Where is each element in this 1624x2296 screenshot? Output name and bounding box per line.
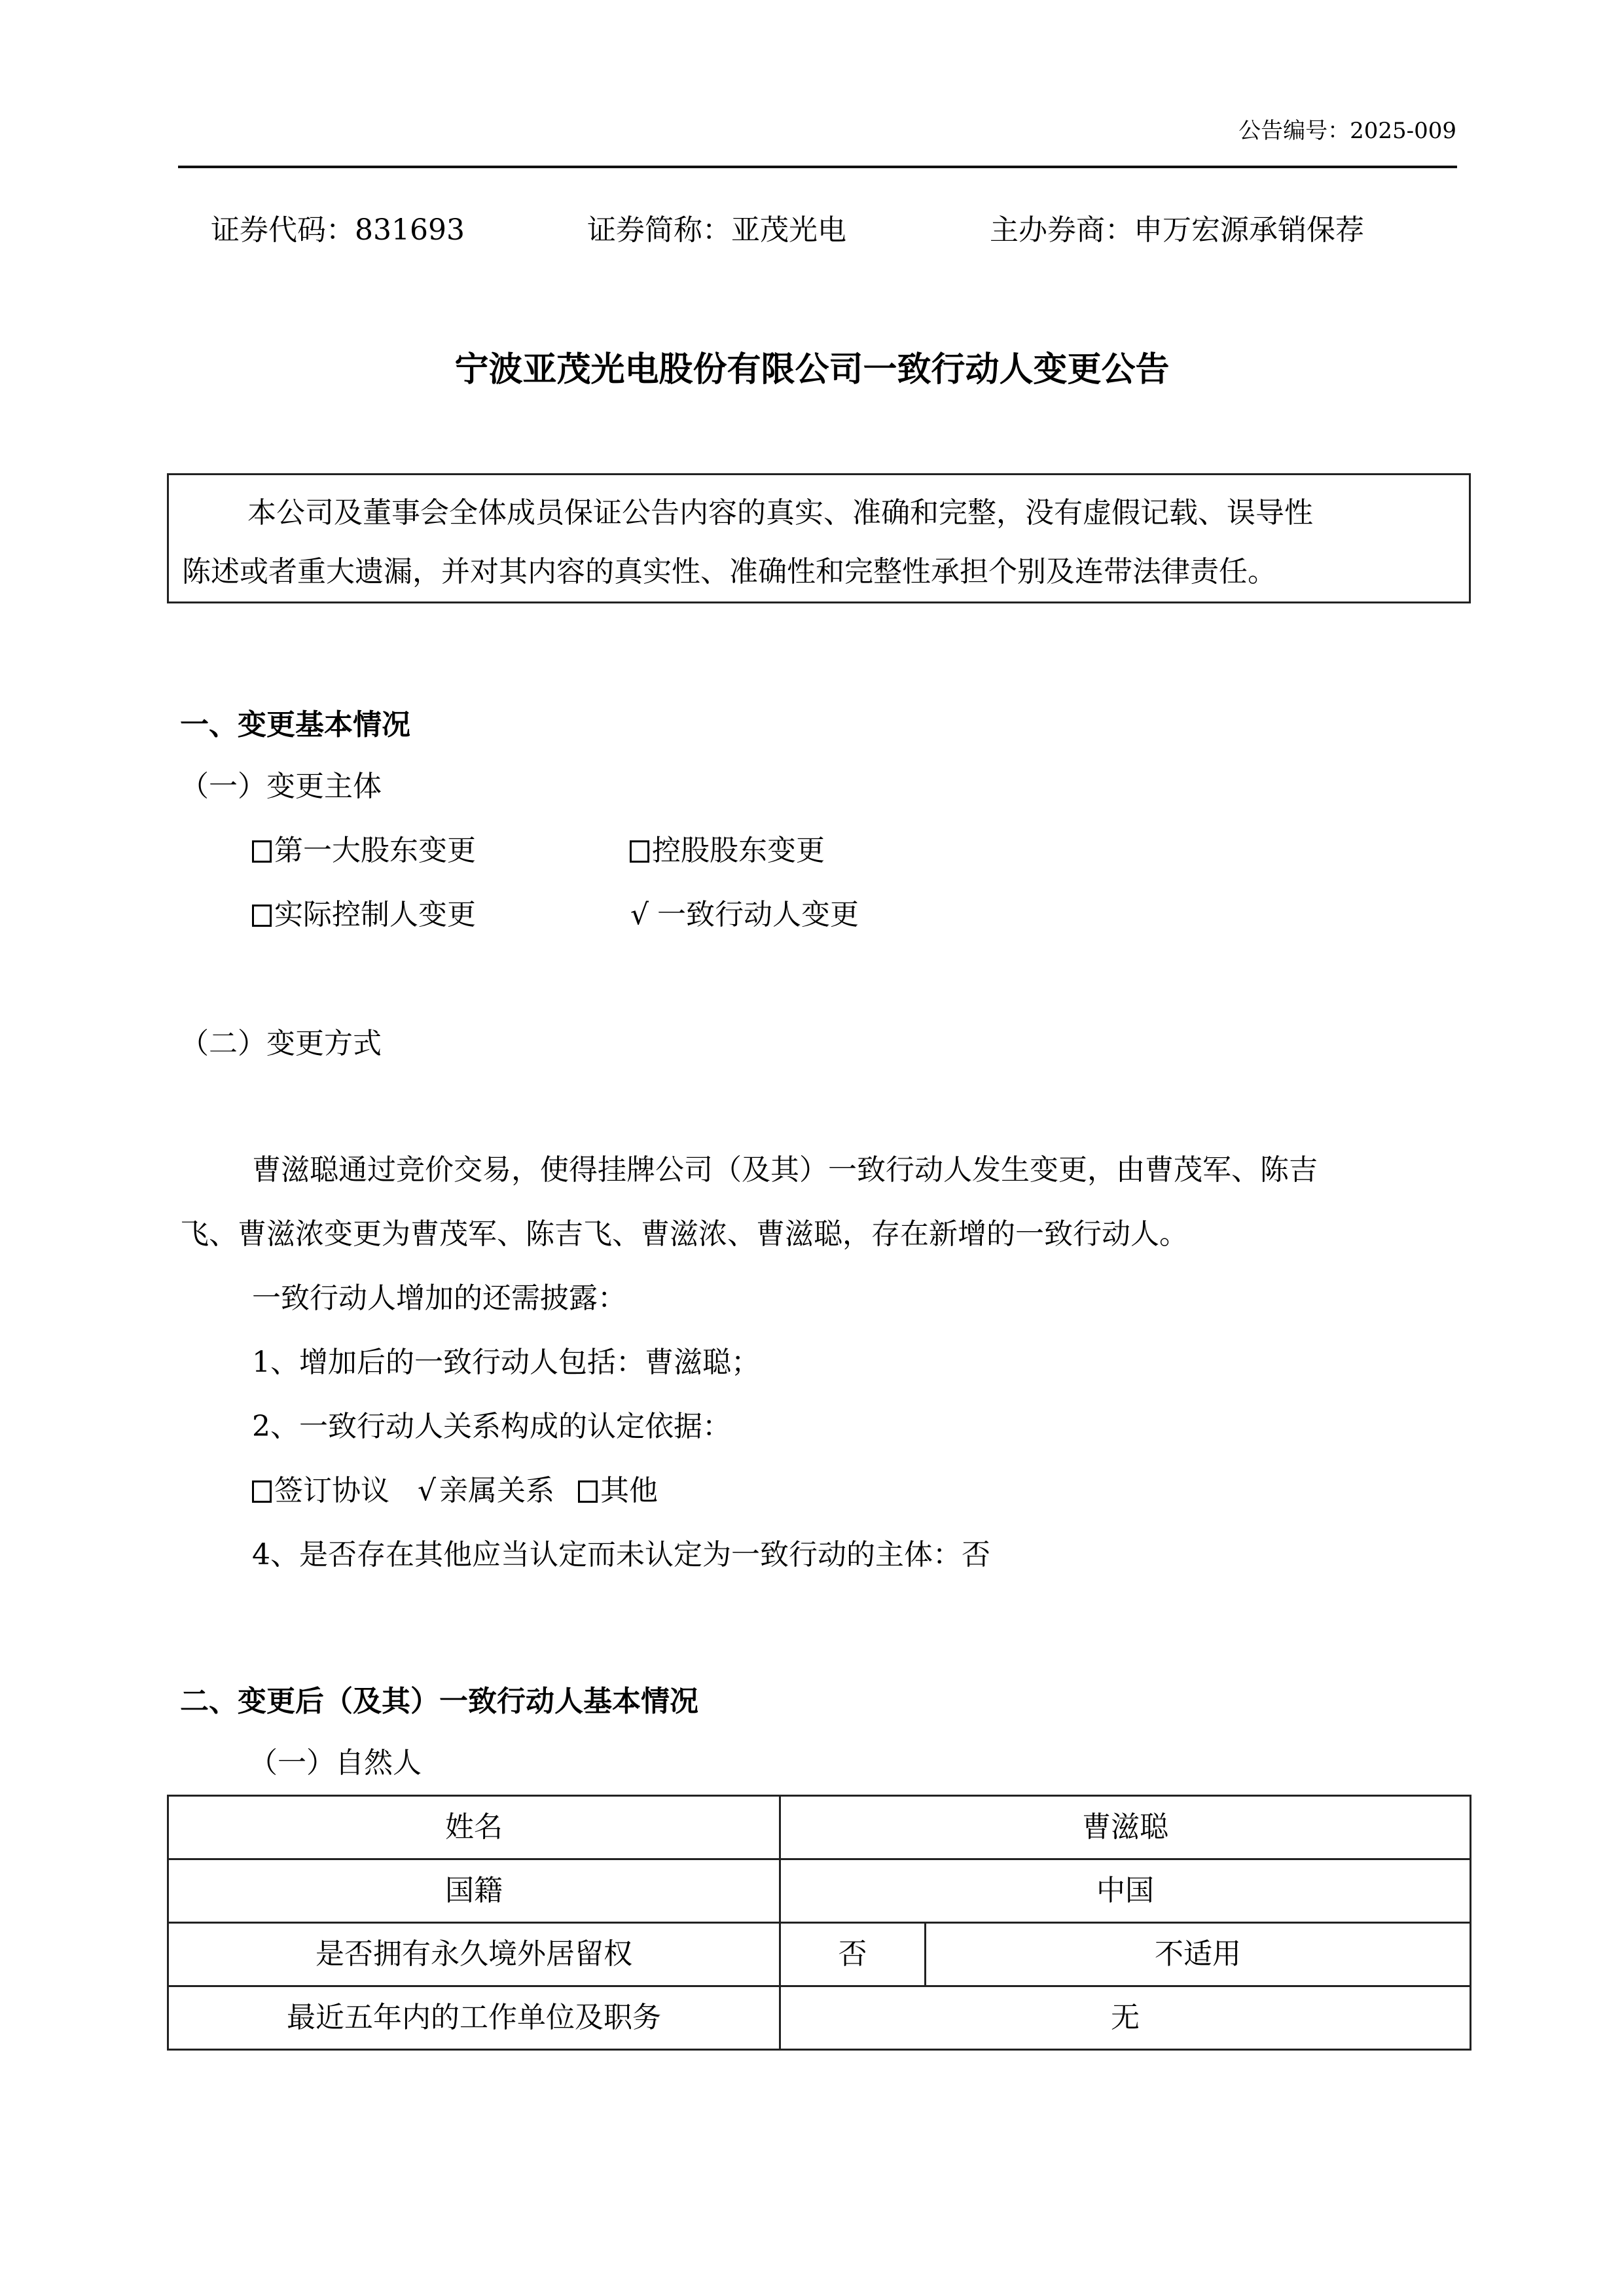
basis-option-other: 其他 [578,1474,658,1507]
disclosure-intro: 一致行动人增加的还需披露： [252,1279,626,1318]
subsection-change-subject: （一）变更主体 [180,767,382,806]
basis-options-row: 签订协议 √亲属关系 其他 [252,1471,658,1511]
table-row-nationality: 国籍 中国 [168,1859,1471,1923]
subsection-change-method: （二）变更方式 [180,1024,382,1064]
section-2-heading: 二、变更后（及其）一致行动人基本情况 [180,1682,698,1721]
change-method-paragraph-line-2: 飞、曹滋浓变更为曹茂军、陈吉飞、曹滋浓、曹滋聪，存在新增的一致行动人。 [180,1215,1188,1254]
value-cell: 曹滋聪 [780,1796,1471,1859]
table-row-work-history: 最近五年内的工作单位及职务 无 [168,1986,1471,2050]
option-concert-party-change: √一致行动人变更 [628,895,859,935]
disclosure-item-1: 1、增加后的一致行动人包括：曹滋聪； [252,1343,760,1382]
table-row-permanent-residency: 是否拥有永久境外居留权 否 不适用 [168,1923,1471,1986]
basis-option-kinship: √亲属关系 [416,1474,554,1507]
disclosure-item-2: 2、一致行动人关系构成的认定依据： [252,1407,731,1446]
security-code: 证券代码：831693 [211,211,465,250]
unchecked-box-icon [630,840,649,863]
unchecked-box-icon [252,1480,272,1503]
option-controlling-shareholder-change: 控股股东变更 [630,831,825,870]
basis-option-agreement: 签订协议 [252,1474,389,1507]
label-cell: 是否拥有永久境外居留权 [168,1923,780,1986]
disclaimer-line-1: 本公司及董事会全体成员保证公告内容的真实、准确和完整，没有虚假记载、误导性 [247,493,1313,533]
checkmark-icon: √ [416,1471,438,1511]
label-cell: 最近五年内的工作单位及职务 [168,1986,780,2050]
label-cell: 国籍 [168,1859,780,1923]
header-rule [178,166,1457,168]
disclosure-item-4: 4、是否存在其他应当认定而未认定为一致行动的主体：否 [252,1535,990,1575]
change-method-paragraph-line-1: 曹滋聪通过竞价交易，使得挂牌公司（及其）一致行动人发生变更，由曹茂军、陈吉 [252,1151,1318,1190]
disclaimer-line-2: 陈述或者重大遗漏，并对其内容的真实性、准确性和完整性承担个别及连带法律责任。 [182,552,1276,592]
unchecked-box-icon [252,840,272,863]
option-actual-controller-change: 实际控制人变更 [252,895,476,935]
option-largest-shareholder-change: 第一大股东变更 [252,831,476,870]
natural-person-table: 姓名 曹滋聪 国籍 中国 是否拥有永久境外居留权 否 不适用 最近五年内的工作单… [167,1795,1471,2051]
page-title: 宁波亚茂光电股份有限公司一致行动人变更公告 [0,347,1624,393]
unchecked-box-icon [578,1480,598,1503]
extra-cell: 不适用 [926,1923,1471,1986]
doc-number: 公告编号：2025-009 [1238,117,1456,145]
value-cell: 无 [780,1986,1471,2050]
section-1-heading: 一、变更基本情况 [180,706,410,745]
sponsor: 主办券商：申万宏源承销保荐 [990,211,1364,250]
label-cell: 姓名 [168,1796,780,1859]
checkmark-icon: √ [628,895,651,935]
security-name: 证券简称：亚茂光电 [587,211,846,250]
table-row-name: 姓名 曹滋聪 [168,1796,1471,1859]
value-cell: 否 [780,1923,926,1986]
value-cell: 中国 [780,1859,1471,1923]
subsection-natural-person: （一）自然人 [249,1744,422,1783]
disclaimer-box: 本公司及董事会全体成员保证公告内容的真实、准确和完整，没有虚假记载、误导性 陈述… [167,473,1471,603]
security-info-line: 证券代码：831693 证券简称：亚茂光电 主办券商：申万宏源承销保荐 [211,211,1441,250]
unchecked-box-icon [252,905,272,927]
